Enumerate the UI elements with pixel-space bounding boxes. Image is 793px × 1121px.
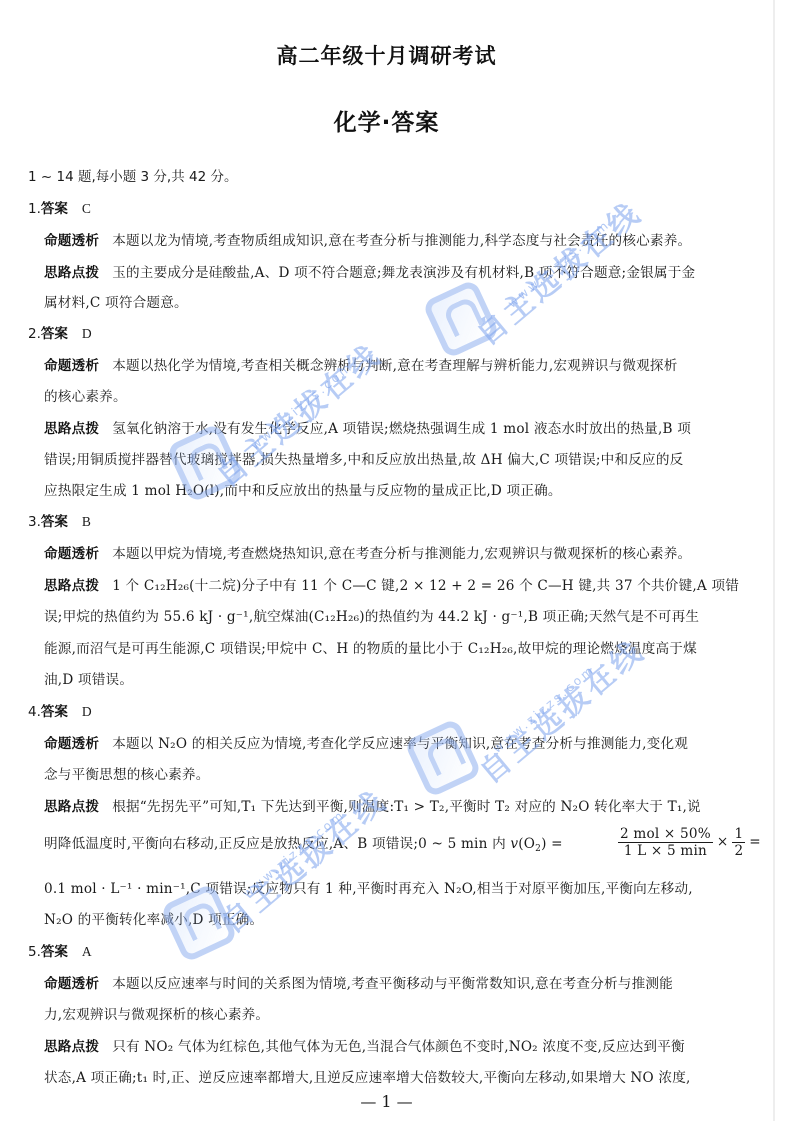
answer-value: B <box>82 514 91 529</box>
analysis-text: 本题以 N₂O 的相关反应为情境,考查化学反应速率与平衡知识,意在考查分析与推测… <box>112 736 688 752</box>
question-4-answer: 4.答案D <box>28 703 92 721</box>
hint-text: 状态,A 项正确;t₁ 时,正、逆反应速率都增大,且逆反应速率增大倍数较大,平衡… <box>44 1069 691 1087</box>
hint-text: 属材料,C 项符合题意。 <box>44 294 188 312</box>
answer-label: 答案 <box>41 704 68 720</box>
question-3-analysis: 命题透析本题以甲烷为情境,考查燃烧热知识,意在考查分析与推测能力,宏观辨识与微观… <box>44 545 691 563</box>
analysis-text: 本题以反应速率与时间的关系图为情境,考查平衡移动与平衡常数知识,意在考查分析与推… <box>112 976 673 992</box>
answer-value: A <box>82 944 92 959</box>
fraction-half: 1 2 <box>732 826 745 859</box>
hint-text: 油,D 项错误。 <box>44 671 133 689</box>
question-5-analysis: 命题透析本题以反应速率与时间的关系图为情境,考查平衡移动与平衡常数知识,意在考查… <box>44 975 673 993</box>
question-4-analysis: 命题透析本题以 N₂O 的相关反应为情境,考查化学反应速率与平衡知识,意在考查分… <box>44 735 688 753</box>
fraction-numerator: 1 <box>732 826 745 843</box>
analysis-label: 命题透析 <box>44 546 99 562</box>
analysis-text: 念与平衡思想的核心素养。 <box>44 766 210 784</box>
hint-text: 应热限定生成 1 mol H₂O(l),而中和反应放出的热量与反应物的量成正比,… <box>44 482 562 500</box>
hint-label: 思路点拨 <box>44 265 99 281</box>
document-page: 高二年级十月调研考试 化学·答案 1 ~ 14 题,每小题 3 分,共 42 分… <box>0 0 773 1121</box>
fraction-denominator: 2 <box>732 843 745 859</box>
question-3-answer: 3.答案B <box>28 513 91 531</box>
analysis-text: 的核心素养。 <box>44 388 127 406</box>
watermark-logo-icon <box>404 718 483 799</box>
answer-value: D <box>82 326 92 341</box>
fraction: 2 mol × 50% 1 L × 5 min <box>618 826 713 859</box>
question-1-hint: 思路点拨玉的主要成分是硅酸盐,A、D 项不符合题意;舞龙表演涉及有机材料,B 项… <box>44 264 695 282</box>
question-3-hint: 思路点拨1 个 C₁₂H₂₆(十二烷)分子中有 11 个 C—C 键,2 × 1… <box>44 577 739 595</box>
watermark-logo-icon <box>422 279 501 360</box>
question-number: 3. <box>28 514 41 530</box>
analysis-label: 命题透析 <box>44 736 99 752</box>
analysis-text: 本题以热化学为情境,考查相关概念辨析与判断,意在考查理解与辨析能力,宏观辨识与微… <box>112 358 677 374</box>
question-5-hint: 思路点拨只有 NO₂ 气体为红棕色,其他气体为无色,当混合气体颜色不变时,NO₂… <box>44 1038 685 1056</box>
hint-text: 玉的主要成分是硅酸盐,A、D 项不符合题意;舞龙表演涉及有机材料,B 项不符合题… <box>112 265 695 281</box>
question-number: 5. <box>28 944 41 960</box>
question-2-answer: 2.答案D <box>28 325 92 343</box>
analysis-text: 本题以龙为情境,考查物质组成知识,意在考查分析与推测能力,科学态度与社会责任的核… <box>112 233 691 249</box>
hint-text: 氢氧化钠溶于水,没有发生化学反应,A 项错误;燃烧热强调生成 1 mol 液态水… <box>112 421 691 437</box>
rate-fraction: 2 mol × 50% 1 L × 5 min × 1 2 = <box>614 826 761 859</box>
question-number: 4. <box>28 704 41 720</box>
answer-value: D <box>82 704 92 719</box>
hint-text-pre-fraction: 明降低温度时,平衡向右移动,正反应是放热反应,A、B 项错误;0 ~ 5 min… <box>44 836 563 852</box>
question-5-answer: 5.答案A <box>28 943 92 961</box>
hint-text: 只有 NO₂ 气体为红棕色,其他气体为无色,当混合气体颜色不变时,NO₂ 浓度不… <box>112 1039 685 1055</box>
answer-label: 答案 <box>41 326 68 342</box>
exam-title: 高二年级十月调研考试 <box>0 40 773 70</box>
hint-text: 能源,而沼气是可再生能源,C 项错误;甲烷中 C、H 的物质的量比小于 C₁₂H… <box>44 640 697 658</box>
answer-label: 答案 <box>41 944 68 960</box>
hint-text: 明降低温度时,平衡向右移动,正反应是放热反应,A、B 项错误;0 ~ 5 min… <box>44 835 604 858</box>
hint-label: 思路点拨 <box>44 421 99 437</box>
subject-title: 化学·答案 <box>0 104 773 137</box>
hint-text: N₂O 的平衡转化率减小,D 项正确。 <box>44 911 263 929</box>
hint-text: 0.1 mol · L⁻¹ · min⁻¹,C 项错误;反应物只有 1 种,平衡… <box>44 880 693 898</box>
hint-text: 误;甲烷的热值约为 55.6 kJ · g⁻¹,航空煤油(C₁₂H₂₆)的热值约… <box>44 608 699 626</box>
answer-label: 答案 <box>41 514 68 530</box>
answer-value: C <box>82 201 91 216</box>
watermark-text: 自主选拔在线 <box>205 331 390 496</box>
question-4-hint: 思路点拨根据“先拐先平”可知,T₁ 下先达到平衡,则温度:T₁ > T₂,平衡时… <box>44 798 701 816</box>
fraction-denominator: 1 L × 5 min <box>618 843 713 859</box>
question-2-hint: 思路点拨氢氧化钠溶于水,没有发生化学反应,A 项错误;燃烧热强调生成 1 mol… <box>44 420 691 438</box>
page-number: — 1 — <box>0 1092 773 1111</box>
answer-label: 答案 <box>41 201 68 217</box>
question-number: 1. <box>28 201 41 217</box>
question-2-analysis: 命题透析本题以热化学为情境,考查相关概念辨析与判断,意在考查理解与辨析能力,宏观… <box>44 357 678 375</box>
hint-label: 思路点拨 <box>44 578 99 594</box>
analysis-label: 命题透析 <box>44 976 99 992</box>
question-1-answer: 1.答案C <box>28 200 91 218</box>
analysis-label: 命题透析 <box>44 358 99 374</box>
hint-label: 思路点拨 <box>44 1039 99 1055</box>
fraction-numerator: 2 mol × 50% <box>618 826 713 843</box>
analysis-label: 命题透析 <box>44 233 99 249</box>
page-edge-divider <box>773 0 775 1121</box>
question-1-analysis: 命题透析本题以龙为情境,考查物质组成知识,意在考查分析与推测能力,科学态度与社会… <box>44 232 691 250</box>
hint-text: 根据“先拐先平”可知,T₁ 下先达到平衡,则温度:T₁ > T₂,平衡时 T₂ … <box>112 799 701 815</box>
hint-text: 1 个 C₁₂H₂₆(十二烷)分子中有 11 个 C—C 键,2 × 12 + … <box>112 578 739 594</box>
hint-label: 思路点拨 <box>44 799 99 815</box>
question-number: 2. <box>28 326 41 342</box>
analysis-text: 本题以甲烷为情境,考查燃烧热知识,意在考查分析与推测能力,宏观辨识与微观探析的核… <box>112 546 691 562</box>
hint-text: 错误;用铜质搅拌器替代玻璃搅拌器,损失热量增多,中和反应放出热量,故 ΔH 偏大… <box>44 451 683 469</box>
analysis-text: 力,宏观辨识与微观探析的核心素养。 <box>44 1006 269 1024</box>
score-intro: 1 ~ 14 题,每小题 3 分,共 42 分。 <box>28 168 237 186</box>
